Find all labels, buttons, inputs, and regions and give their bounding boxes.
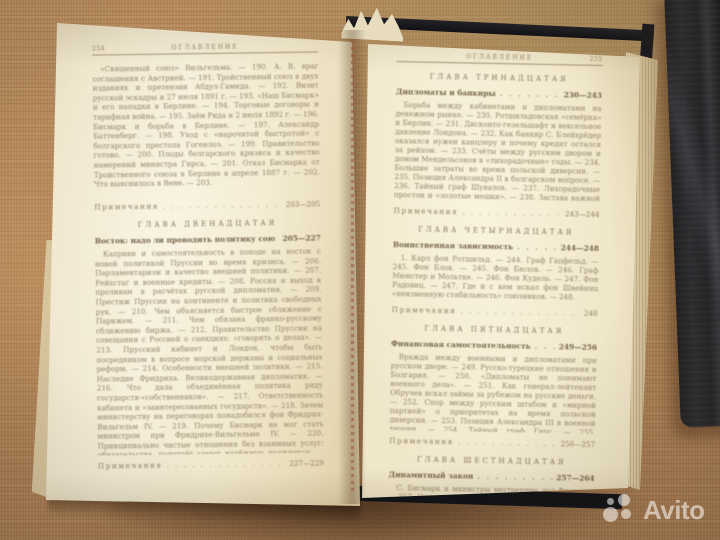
left-page-text: 254 ОГЛАВЛЕНИЕ «Священный союз» Вильгель…	[92, 42, 324, 470]
chapter-entry-row: Воинственная зависимость . . . . . . . .…	[393, 240, 599, 253]
chapter-entry-pages: 230—243	[564, 90, 602, 100]
avito-logo-icon	[602, 492, 638, 528]
notes-row: Примечания . . . . . . . . . . . . . . .…	[94, 199, 320, 211]
dot-leader: . . . . . . . . . . . . . . . . . . . . …	[517, 242, 557, 252]
right-page-text: ОГЛАВЛЕНИЕ 255 ГЛАВА ТРИНАДЦАТАЯ Диплома…	[387, 52, 602, 540]
chapter-entry-title: Воинственная зависимость	[393, 240, 513, 251]
notes-row: Примечания . . . . . . . . . . . . . . .…	[394, 206, 600, 219]
toc-paragraph: Борьба между кабинетами и дипломатами на…	[394, 100, 602, 204]
chapter-heading: ГЛАВА ШЕСТНАДЦАТАЯ	[389, 455, 595, 467]
toc-paragraph: Каприви и самостоятельность в походе на …	[95, 246, 324, 455]
header-rule	[396, 61, 602, 66]
chapter-entry-pages: 244—248	[561, 243, 599, 253]
right-running-title: ОГЛАВЛЕНИЕ	[423, 53, 577, 63]
notes-pages: 248	[584, 309, 598, 318]
avito-watermark: Avito	[602, 492, 705, 528]
dot-leader: . . . . . . . . . . . . . . . . . . . . …	[535, 342, 555, 351]
notes-label: Примечания	[394, 206, 459, 216]
chapter-entry-pages: 205—227	[282, 233, 320, 243]
chapter-entry-pages: 257—264	[556, 473, 594, 483]
notes-row: Примечания . . . . . . . . . . . . . . .…	[389, 436, 595, 449]
notes-pages: 227—229	[289, 458, 324, 467]
right-page-header: ОГЛАВЛЕНИЕ 255	[397, 52, 603, 63]
chapter-entry-row: Динамитный закон . . . . . . . . . . . .…	[388, 470, 594, 483]
left-page-number: 254	[92, 45, 118, 52]
dot-leader: . . . . . . . . . . . . . . . . . . . . …	[163, 200, 282, 211]
dot-leader: . . . . . . . . . . . . . . . . . . . . …	[462, 207, 561, 218]
notes-pages: 243—244	[565, 209, 600, 219]
notes-row: Примечания . . . . . . . . . . . . . . .…	[98, 458, 324, 470]
header-rule	[92, 51, 318, 55]
left-running-title: ОГЛАВЛЕНИЕ	[118, 43, 292, 52]
chapter-heading: ГЛАВА ДВЕНАДЦАТАЯ	[95, 218, 321, 229]
chapter-entry-pages: 249—256	[559, 342, 597, 352]
toc-paragraph: Вражда между военными и дипломатами при …	[389, 352, 596, 434]
notes-row: Примечания . . . . . . . . . . . . . . .…	[392, 305, 598, 318]
watermark-text: Avito	[643, 495, 705, 526]
chapter-entry-title: Дипломаты и банкиры	[396, 87, 496, 98]
dot-leader: . . . . . . . . . . . . . . . . . . . . …	[167, 459, 286, 470]
toc-paragraph: «Священный союз» Вильгельма. — 190. А. В…	[92, 61, 320, 196]
chapter-entry-row: Дипломаты и банкиры . . . . . . . . . . …	[396, 87, 602, 100]
right-page-number: 255	[577, 56, 603, 63]
notes-pages: 256—257	[560, 439, 595, 449]
notes-label: Примечания	[389, 436, 454, 446]
chapter-entry-title: Финансовая самостоятельность	[391, 339, 531, 351]
notes-pages: 203—205	[286, 199, 321, 208]
chapter-entry-row: Восток: надо ли проводить политику союзо…	[95, 233, 321, 245]
notes-label: Примечания	[98, 461, 163, 471]
chapter-entry-title: Восток: надо ли проводить политику союзо…	[95, 234, 275, 246]
toc-paragraph: 1. Карл фон Ротшильд. — 244. Граф Гацфел…	[392, 253, 599, 303]
closed-dark-book	[664, 0, 720, 428]
dot-leader: . . . . . . . . . . . . . . . . . . . . …	[458, 437, 557, 448]
chapter-heading: ГЛАВА ТРИНАДЦАТАЯ	[396, 72, 602, 84]
notes-label: Примечания	[392, 305, 457, 315]
chapter-heading: ГЛАВА ЧЕТЫРНАДЦАТАЯ	[393, 225, 599, 237]
left-page: 254 ОГЛАВЛЕНИЕ «Священный союз» Вильгель…	[44, 18, 364, 512]
chapter-heading: ГЛАВА ПЯТНАДЦАТАЯ	[391, 324, 597, 336]
dot-leader: . . . . . . . . . . . . . . . . . . . . …	[500, 89, 560, 99]
left-page-header: 254 ОГЛАВЛЕНИЕ	[92, 42, 318, 52]
chapter-entry-row: Финансовая самостоятельность . . . . . .…	[391, 339, 597, 352]
notes-label: Примечания	[94, 202, 159, 212]
right-page: ОГЛАВЛЕНИЕ 255 ГЛАВА ТРИНАДЦАТАЯ Диплома…	[350, 30, 662, 500]
photo-background: 254 ОГЛАВЛЕНИЕ «Священный союз» Вильгель…	[0, 0, 720, 540]
dot-leader: . . . . . . . . . . . . . . . . . . . . …	[477, 472, 552, 482]
dot-leader: . . . . . . . . . . . . . . . . . . . . …	[460, 306, 580, 317]
chapter-entry-title: Динамитный закон	[388, 470, 473, 481]
